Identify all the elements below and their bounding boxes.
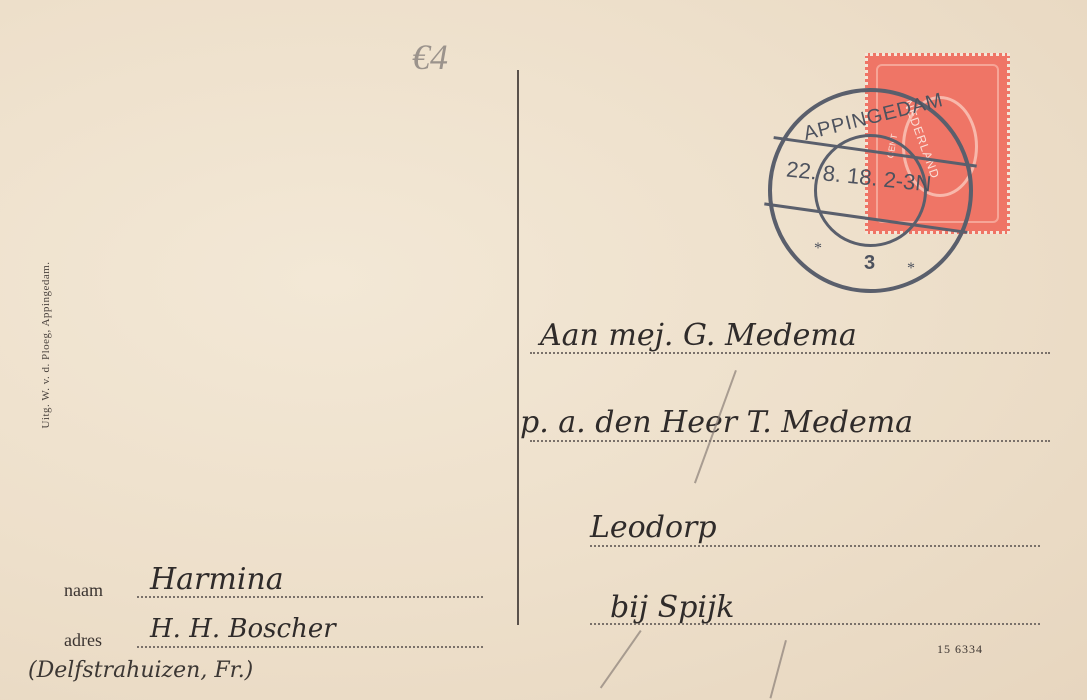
pencil-stroke <box>600 630 641 688</box>
postmark: APPINGEDAM 22. 8. 18. 2-3N * * 3 <box>768 88 973 293</box>
sender-address-extra: (Delfstrahuizen, Fr.) <box>28 658 253 683</box>
postmark-number: 3 <box>864 252 875 275</box>
serial-number: 15 6334 <box>937 642 983 657</box>
sender-name: Harmina <box>150 562 284 597</box>
address-label: adres <box>64 630 102 651</box>
name-label: naam <box>64 580 103 601</box>
publisher-text: Uitg. W. v. d. Ploeg, Appingedam. <box>40 261 52 428</box>
sender-address: H. H. Boscher <box>150 614 336 644</box>
pencil-stroke <box>769 640 786 698</box>
address-dotted-line-2 <box>530 440 1050 442</box>
postcard-back: Uitg. W. v. d. Ploeg, Appingedam. €4 NED… <box>0 0 1087 700</box>
address-dotted-line-3 <box>590 545 1040 547</box>
postmark-star-right: * <box>907 260 915 278</box>
price-note: €4 <box>412 36 448 78</box>
recipient-line-1: Aan mej. G. Medema <box>540 318 857 353</box>
recipient-line-3: Leodorp <box>590 510 717 545</box>
recipient-line-4: bij Spijk <box>610 590 734 625</box>
postmark-star-left: * <box>814 240 822 258</box>
center-divider <box>517 70 519 625</box>
address-dotted-line <box>137 646 483 648</box>
